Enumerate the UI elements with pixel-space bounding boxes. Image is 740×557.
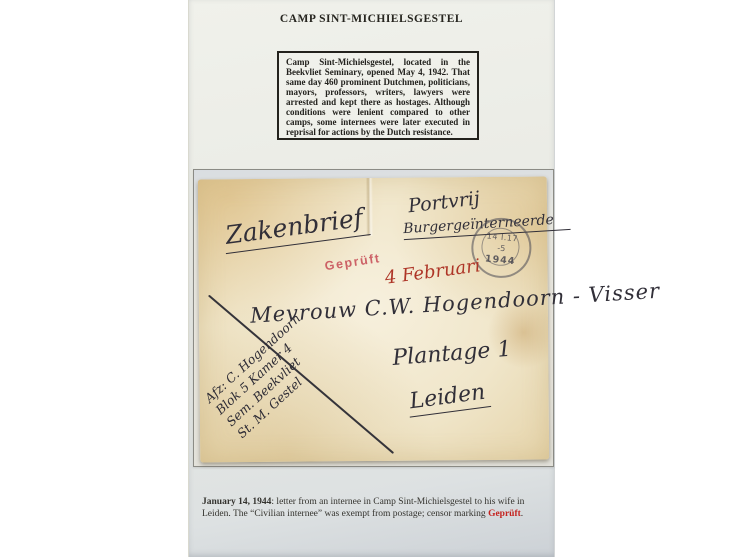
album-page: CAMP SINT-MICHIELSGESTEL Camp Sint-Michi… <box>188 0 555 557</box>
red-date-note: 4 Februari <box>384 255 482 288</box>
portvrij-note: Portvrij <box>407 187 481 217</box>
page-title: CAMP SINT-MICHIELSGESTEL <box>188 13 555 25</box>
caption-closing: . <box>521 509 523 519</box>
caption: January 14, 1944: letter from an interne… <box>202 497 548 521</box>
address-street: Plantage 1 <box>392 337 513 371</box>
zakenbrief-note: Zakenbrief <box>222 202 371 254</box>
caption-censor-word: Geprüft <box>488 509 521 519</box>
photo-canvas: CAMP SINT-MICHIELSGESTEL Camp Sint-Michi… <box>0 0 740 557</box>
info-box: Camp Sint-Michielsgestel, located in the… <box>277 51 479 140</box>
info-box-text: Camp Sint-Michielsgestel, located in the… <box>286 57 470 137</box>
envelope-mount-sleeve: Zakenbrief Portvrij Burgergeïnterneerde … <box>193 169 554 467</box>
censor-stamp-gepruft: Geprüft <box>324 251 382 273</box>
address-city: Leiden <box>406 379 491 417</box>
envelope: Zakenbrief Portvrij Burgergeïnterneerde … <box>198 176 549 462</box>
caption-date: January 14, 1944 <box>202 497 271 507</box>
